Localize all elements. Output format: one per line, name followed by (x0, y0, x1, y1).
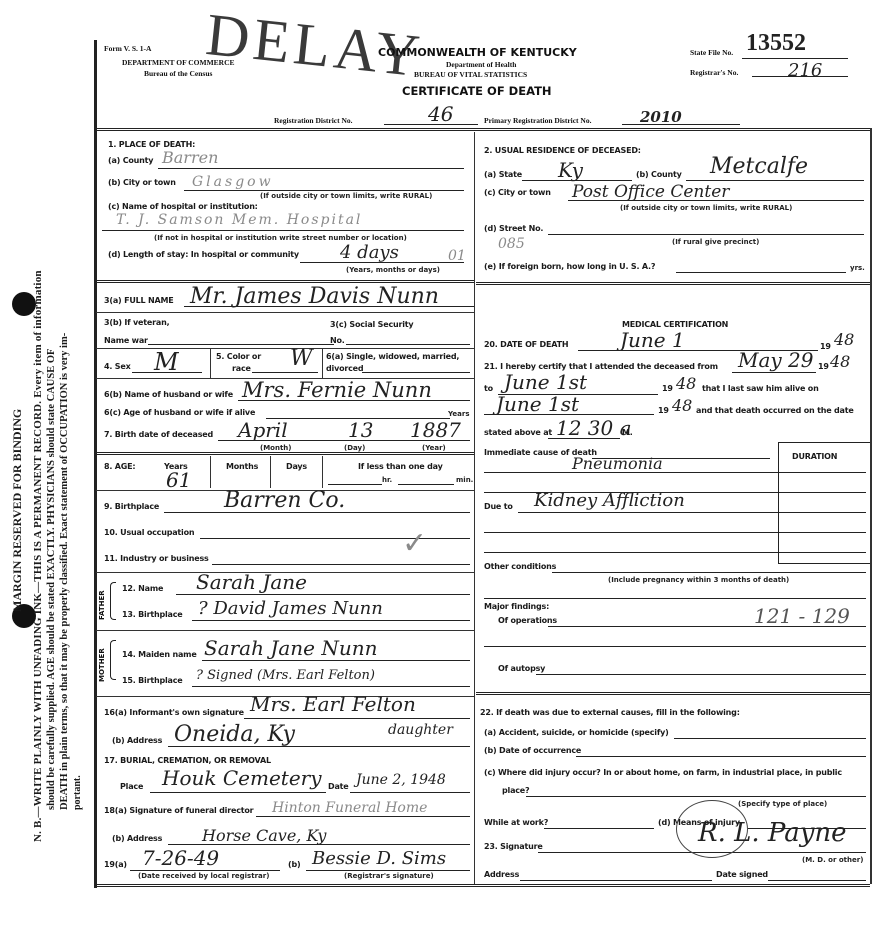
father-name-label: 12. Name (122, 584, 163, 593)
death-date-value: June 1 (620, 328, 685, 352)
accident-label: (a) Accident, suicide, or homicide (spec… (484, 728, 669, 737)
attended-to-year: 48 (676, 374, 696, 393)
age-col-2 (270, 456, 271, 488)
marital-label: 6(a) Single, widowed, married, (326, 352, 459, 361)
residence-state-value: Ky (558, 158, 583, 182)
attended-to-value: June 1st (504, 370, 587, 394)
attended-from-year-prefix: 19 (818, 362, 829, 371)
place-divider (96, 280, 474, 283)
date-signed-field[interactable] (768, 880, 866, 881)
death-occurred-label: and that death occurred on the date (696, 406, 854, 415)
burial-place-field[interactable] (150, 792, 326, 793)
autopsy-divider (476, 692, 870, 695)
birth-date-label: 7. Birth date of deceased (104, 430, 213, 439)
residence-county-value: Metcalfe (710, 154, 808, 179)
length-of-stay-value: 4 days (340, 242, 399, 263)
full-name-value: Mr. James Davis Nunn (190, 284, 439, 309)
state-file-value: 13552 (746, 30, 806, 57)
foreign-born-suffix: yrs. (850, 264, 865, 272)
residence-county-field[interactable] (686, 180, 864, 181)
age-hr-field[interactable] (328, 484, 382, 485)
certificate-title: CERTIFICATE OF DEATH (402, 84, 552, 98)
attended-to-label: to (484, 384, 493, 393)
last-saw-year-prefix: 19 (658, 406, 669, 415)
burial-date-value: June 2, 1948 (356, 772, 446, 788)
father-birthplace-label: 13. Birthplace (122, 610, 183, 619)
race-label-2: race (232, 364, 251, 373)
birth-hint-day: (Day) (344, 444, 365, 452)
mother-birthplace-label: 15. Birthplace (122, 676, 183, 685)
registration-district-value: 46 (428, 102, 453, 126)
registrar-no-value: 216 (788, 60, 822, 81)
social-security-field[interactable] (346, 344, 470, 345)
state-name: COMMONWEALTH OF KENTUCKY (378, 46, 577, 59)
age-col-3 (322, 456, 323, 488)
burial-place-value: Houk Cemetery (162, 766, 322, 790)
length-of-stay-extra: 01 (448, 248, 466, 264)
residence-city-hint: (If outside city or town limits, write R… (620, 204, 792, 212)
age-days-label: Days (286, 462, 307, 471)
last-saw-year: 48 (672, 396, 692, 415)
right-border (870, 128, 872, 884)
physician-signature-hint: (M. D. or other) (802, 856, 863, 864)
death-date-label: 20. DATE OF DEATH (484, 340, 568, 349)
sex-label: 4. Sex (104, 362, 131, 371)
hospital-label: (c) Name of hospital or institution: (108, 202, 258, 211)
external-causes-heading: 22. If death was due to external causes,… (480, 708, 740, 717)
center-divider (474, 132, 475, 884)
registrar-signature-field[interactable] (306, 870, 470, 871)
street-hint: (If rural give precinct) (672, 238, 759, 246)
state-file-label: State File No. (690, 48, 733, 57)
other-conditions-field[interactable] (552, 572, 866, 573)
death-year-value: 48 (834, 330, 854, 349)
other-conditions-hint: (Include pregnancy within 3 months of de… (608, 576, 789, 584)
full-name-divider (96, 312, 474, 313)
veteran-label: 3(b) If veteran, (104, 318, 169, 327)
birth-day-value: 13 (348, 418, 373, 442)
informant-signature-field[interactable] (244, 718, 470, 719)
mother-birthplace-field[interactable] (192, 686, 470, 687)
residence-heading: 2. USUAL RESIDENCE OF DECEASED: (484, 146, 641, 155)
binding-notice: MARGIN RESERVED FOR BINDING (10, 409, 25, 612)
instructions-line-3: DEATH in plain terms, so that it may be … (59, 333, 70, 810)
physician-address-label: Address (484, 870, 519, 879)
binding-margin: MARGIN RESERVED FOR BINDING N. B.—WRITE … (0, 0, 92, 928)
funeral-director-field[interactable] (256, 816, 470, 817)
industry-check-mark: ✓ (402, 526, 427, 561)
race-marital-divider (322, 348, 323, 378)
spouse-age-suffix: Years (448, 410, 470, 418)
mother-brace (110, 640, 116, 680)
birth-year-value: 1887 (410, 418, 461, 442)
death-year-prefix: 19 (820, 342, 831, 351)
father-birthplace-value: ? David James Nunn (198, 598, 383, 619)
death-county-label: (a) County (108, 156, 153, 165)
operations-value: 121 - 129 (754, 604, 850, 628)
age-less-label: If less than one day (358, 462, 443, 471)
birth-month-value: April (238, 418, 288, 442)
funeral-director-label: 18(a) Signature of funeral director (104, 806, 253, 815)
occupation-label: 10. Usual occupation (104, 528, 194, 537)
autopsy-label: Of autopsy (498, 664, 545, 673)
race-value: W (290, 346, 313, 371)
last-saw-label: that I last saw him alive on (702, 384, 819, 393)
hospital-hint: (If not in hospital or institution write… (154, 234, 407, 242)
street-label: (d) Street No. (484, 224, 543, 233)
age-min-field[interactable] (398, 484, 454, 485)
death-city-value: Glasgow (192, 174, 274, 190)
occurrence-date-field[interactable] (576, 756, 866, 757)
death-city-field[interactable] (184, 190, 464, 191)
foreign-born-label: (e) If foreign born, how long in U. S. A… (484, 262, 655, 271)
occupation-field[interactable] (200, 538, 470, 539)
age-years-value: 61 (166, 468, 191, 492)
spouse-value: Mrs. Fernie Nunn (242, 378, 432, 402)
registrar-signature-value: Bessie D. Sims (312, 848, 446, 869)
birth-hint-year: (Year) (422, 444, 446, 452)
date-received-label: 19(a) (104, 860, 127, 869)
form-number: Form V. S. 1-A (104, 44, 151, 53)
physician-signature-value: R. L. Payne (698, 818, 847, 848)
registrar-signature-hint: (Registrar's signature) (344, 872, 434, 880)
attended-from-year: 48 (830, 352, 850, 371)
length-of-stay-hint: (Years, months or days) (346, 266, 440, 274)
federal-bureau: Bureau of the Census (144, 69, 212, 78)
informant-signature-value: Mrs. Earl Felton (250, 692, 416, 716)
age-months-label: Months (226, 462, 258, 471)
cause-line-6[interactable] (484, 552, 866, 553)
street-margin-note: 085 (498, 236, 525, 252)
father-name-field[interactable] (176, 594, 470, 595)
father-brace (110, 582, 116, 620)
age-label: 8. AGE: (104, 462, 135, 471)
hospital-value: T. J. Samson Mem. Hospital (116, 212, 362, 228)
due-to-value: Kidney Affliction (534, 490, 685, 511)
hospital-field[interactable] (102, 230, 464, 231)
birth-hint-month: (Month) (260, 444, 292, 452)
operations-label: Of operations (498, 616, 557, 625)
full-name-label: 3(a) FULL NAME (104, 296, 174, 305)
physician-signature-label: 23. Signature (484, 842, 543, 851)
funeral-address-value: Horse Cave, Ky (202, 826, 326, 845)
federal-department: DEPARTMENT OF COMMERCE (122, 58, 235, 67)
age-min-label: min. (456, 476, 473, 484)
birthplace-value: Barren Co. (224, 488, 345, 513)
header-divider (96, 128, 870, 131)
burial-heading: 17. BURIAL, CREMATION, OR REMOVAL (104, 756, 271, 765)
residence-city-label: (c) City or town (484, 188, 551, 197)
instructions-line-2: should be carefully supplied. AGE should… (46, 349, 57, 810)
other-conditions-label: Other conditions (484, 562, 556, 571)
spouse-age-label: 6(c) Age of husband or wife if alive (104, 408, 255, 417)
length-of-stay-label: (d) Length of stay: In hospital or commu… (108, 250, 299, 259)
death-certificate: DELAY Form V. S. 1-A DEPARTMENT OF COMME… (92, 0, 880, 928)
primary-district-label: Primary Registration District No. (484, 116, 591, 125)
at-work-field[interactable] (544, 828, 654, 829)
footer-divider (96, 884, 870, 887)
war-label: Name war (104, 336, 148, 345)
due-to-field[interactable] (518, 512, 866, 513)
residence-county-label: (b) County (636, 170, 682, 179)
physician-address-field[interactable] (520, 880, 712, 881)
marital-field[interactable] (362, 372, 470, 373)
death-city-label: (b) City or town (108, 178, 176, 187)
stated-above-label: stated above at (484, 428, 552, 437)
foreign-born-field[interactable] (676, 272, 846, 273)
attended-from-value: May 29 (738, 348, 814, 372)
mother-name-label: 14. Maiden name (122, 650, 197, 659)
due-to-label: Due to (484, 502, 513, 511)
instructions-line-1: N. B.—WRITE PLAINLY WITH UNFADING INK—TH… (32, 270, 44, 842)
race-label-1: 5. Color or (216, 352, 261, 361)
burial-date-field[interactable] (350, 792, 470, 793)
residence-state-label: (a) State (484, 170, 522, 179)
marital-label-2: divorced (326, 364, 363, 373)
state-file-field (742, 58, 848, 59)
father-divider (96, 630, 474, 631)
instructions-line-4: portant. (72, 775, 83, 810)
industry-field[interactable] (212, 564, 470, 565)
major-findings-label: Major findings: (484, 602, 549, 611)
informant-signature-label: 16(a) Informant's own signature (104, 708, 244, 717)
immediate-cause-value: Pneumonia (572, 454, 663, 473)
sex-value: M (154, 348, 179, 376)
funeral-address-label: (b) Address (112, 834, 162, 843)
age-col-1 (210, 456, 211, 488)
state-bureau: BUREAU OF VITAL STATISTICS (414, 70, 527, 79)
industry-label: 11. Industry or business (104, 554, 209, 563)
birthplace-label: 9. Birthplace (104, 502, 159, 511)
mother-tag: MOTHER (98, 648, 106, 682)
death-county-value: Barren (162, 148, 218, 167)
attended-from-field[interactable] (732, 372, 816, 373)
social-security-label: 3(c) Social Security (330, 320, 413, 329)
veteran-divider (96, 348, 474, 349)
birth-divider (96, 452, 474, 455)
primary-district-value: 2010 (640, 108, 682, 126)
date-received-hint: (Date received by local registrar) (138, 872, 269, 880)
date-signed-label: Date signed (716, 870, 768, 879)
father-birthplace-field[interactable] (192, 620, 470, 621)
death-county-field[interactable] (158, 168, 464, 169)
time-of-death-value: 12 30 a (556, 416, 632, 440)
residence-city-value: Post Office Center (572, 182, 729, 202)
age-hr-label: hr. (382, 476, 392, 484)
informant-relation-value: daughter (388, 722, 453, 738)
street-field[interactable] (548, 234, 864, 235)
residence-divider (476, 282, 870, 285)
injury-place-field[interactable] (526, 796, 866, 797)
mother-birthplace-value: ? Signed (Mrs. Earl Felton) (196, 668, 375, 683)
mother-name-field[interactable] (202, 660, 470, 661)
cause-line-5[interactable] (484, 532, 866, 533)
injury-place-hint: (Specify type of place) (738, 800, 827, 808)
race-field[interactable] (252, 372, 318, 373)
burial-place-label: Place (120, 782, 143, 791)
at-work-label: While at work? (484, 818, 548, 827)
informant-address-value: Oneida, Ky (174, 722, 295, 747)
informant-address-label: (b) Address (112, 736, 162, 745)
attended-to-year-prefix: 19 (662, 384, 673, 393)
date-received-value: 7-26-49 (142, 846, 219, 870)
duration-label: DURATION (792, 452, 837, 461)
last-saw-value: June 1st (496, 392, 579, 416)
father-tag: FATHER (98, 590, 106, 620)
accident-field[interactable] (674, 738, 866, 739)
mother-name-value: Sarah Jane Nunn (204, 636, 378, 660)
injury-place-label: place? (502, 786, 529, 795)
date-received-field[interactable] (130, 870, 280, 871)
other-conditions-line-2[interactable] (484, 598, 866, 599)
father-name-value: Sarah Jane (196, 570, 307, 594)
autopsy-field[interactable] (536, 674, 866, 675)
time-suffix: M. (622, 428, 633, 437)
funeral-director-value: Hinton Funeral Home (272, 800, 427, 816)
injury-where-label: (c) Where did injury occur? In or about … (484, 768, 842, 777)
registrar-no-label: Registrar's No. (690, 68, 738, 77)
spouse-label: 6(b) Name of husband or wife (104, 390, 233, 399)
burial-date-label: Date (328, 782, 349, 791)
war-field[interactable] (148, 344, 334, 345)
occurrence-date-label: (b) Date of occurrence (484, 746, 581, 755)
state-department: Department of Health (446, 60, 516, 69)
social-security-no-label: No. (330, 336, 345, 345)
operations-line-2[interactable] (484, 646, 866, 647)
registrar-signature-label: (b) (288, 860, 300, 869)
registration-district-label: Registration District No. (274, 116, 353, 125)
sex-race-divider (210, 348, 211, 378)
death-city-hint: (If outside city or town limits, write R… (260, 192, 432, 200)
